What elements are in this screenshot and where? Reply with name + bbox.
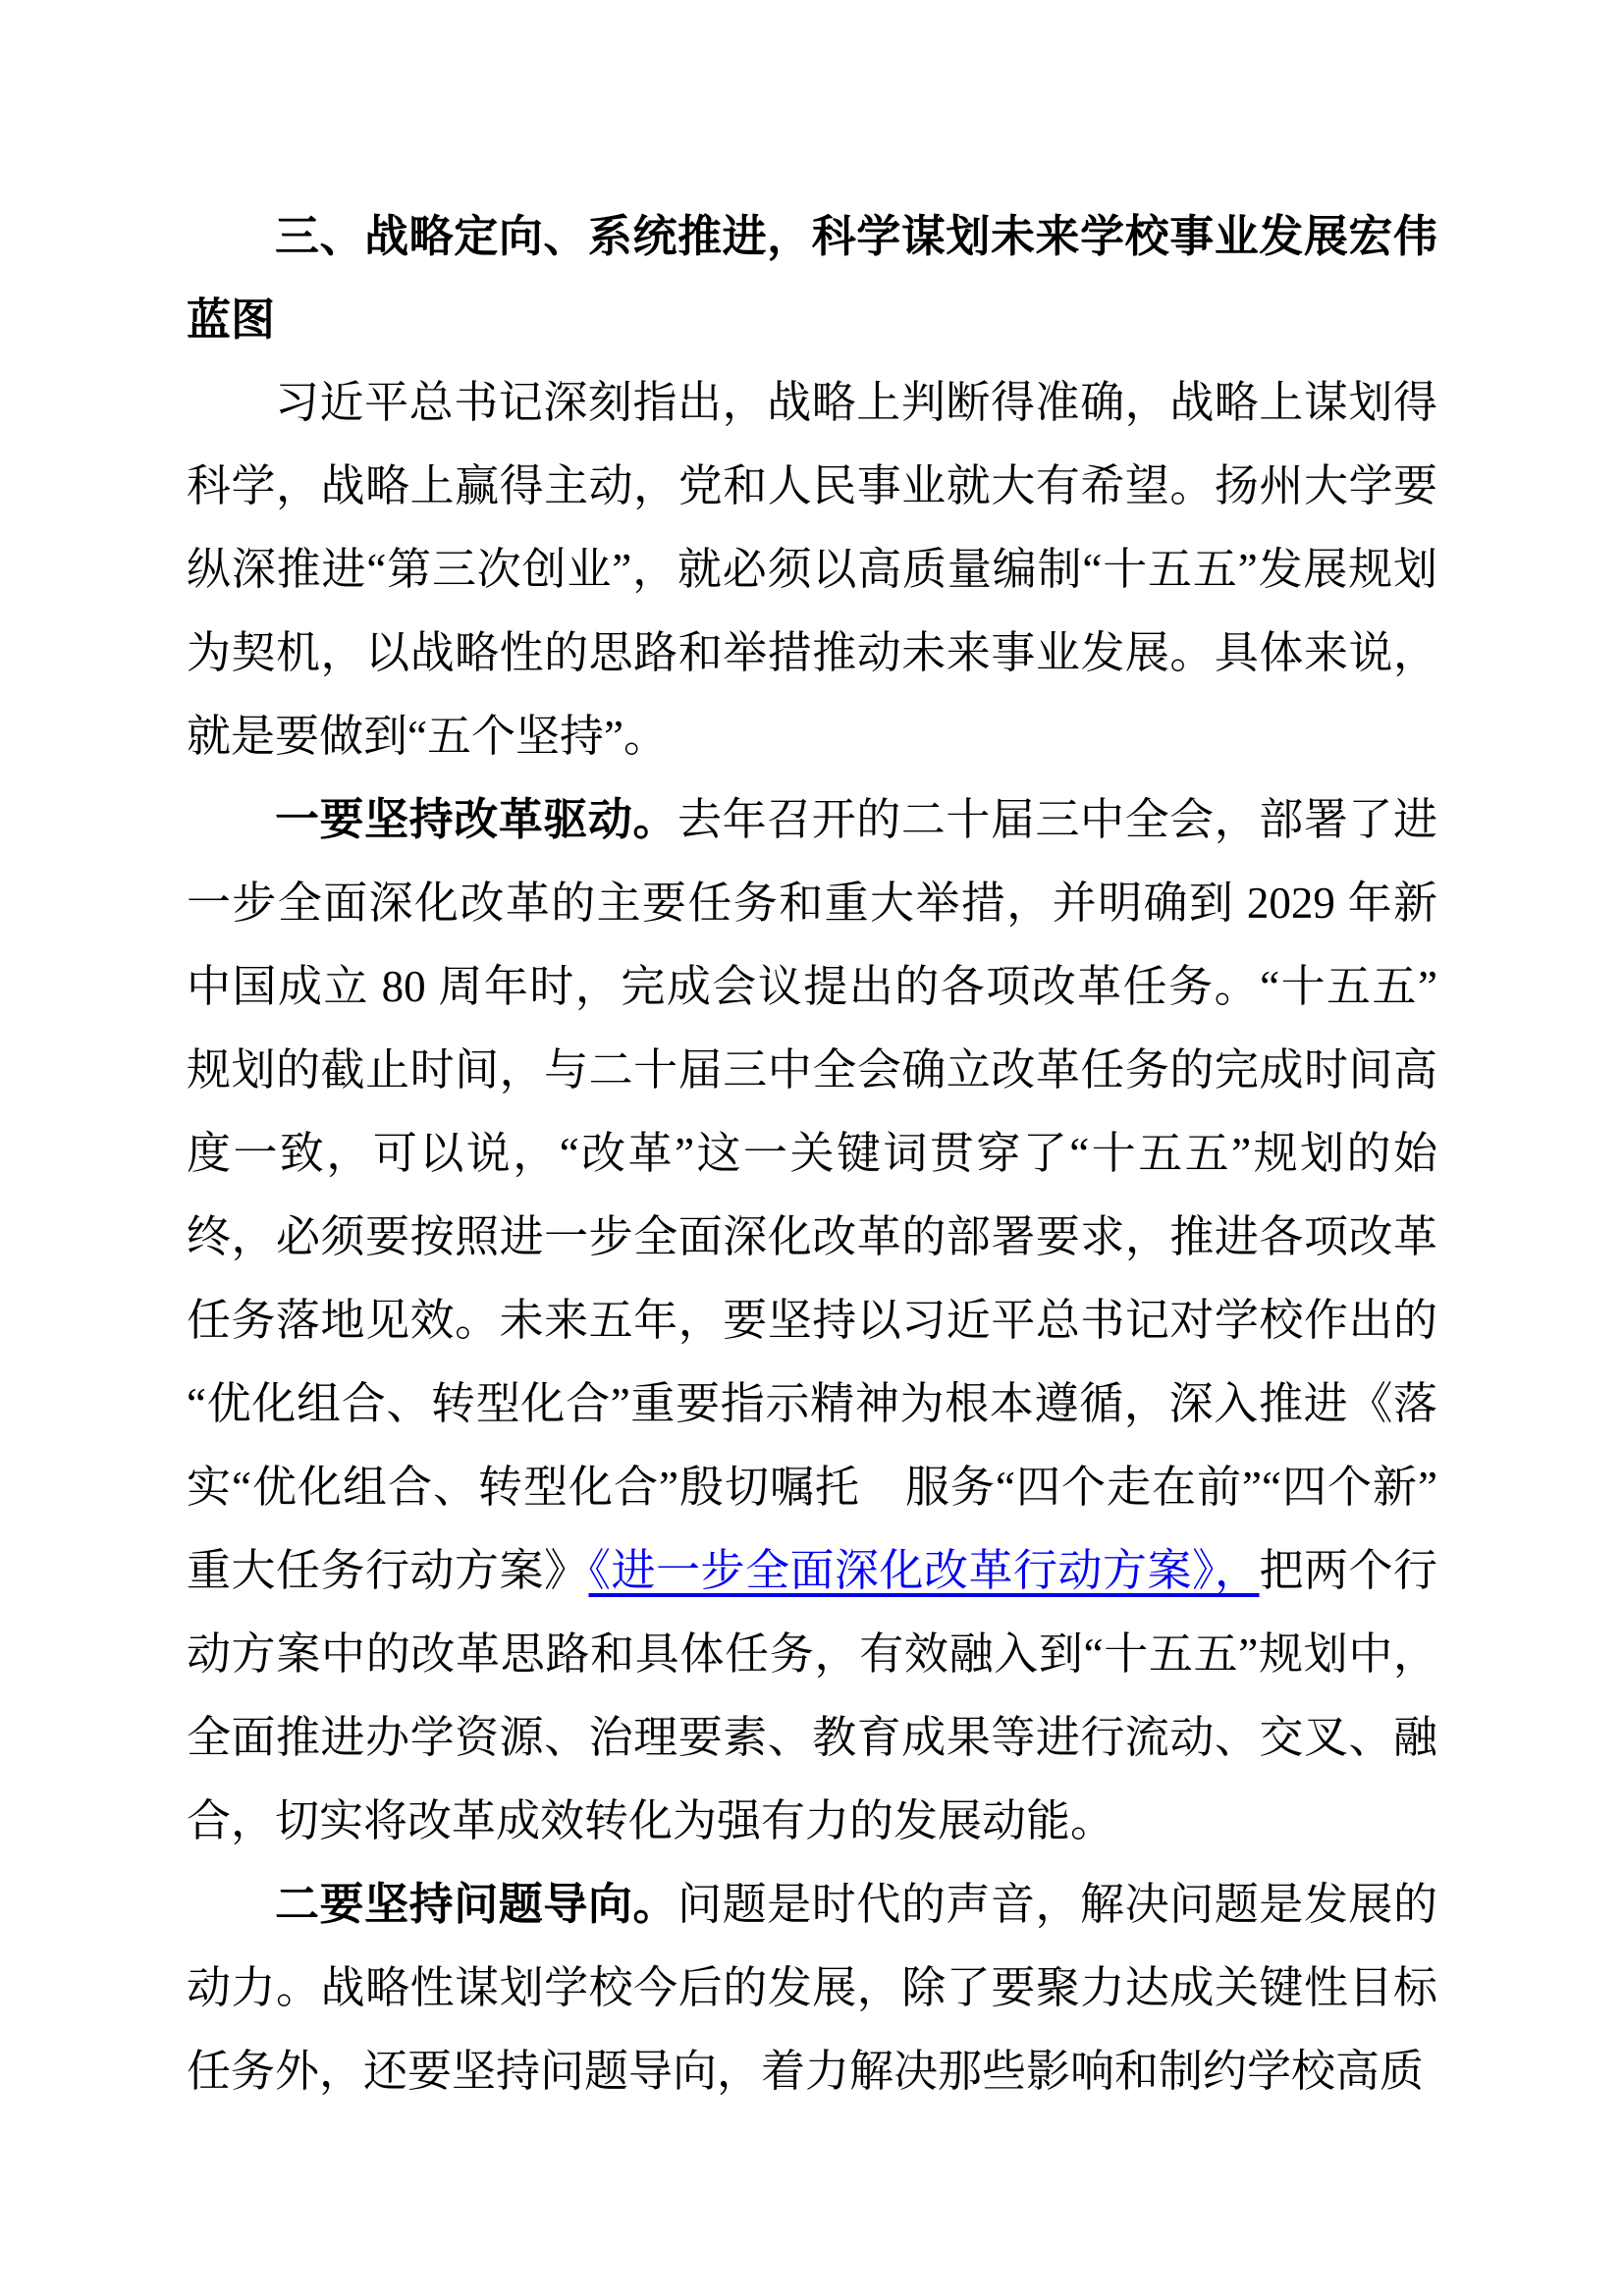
paragraph-strategy-intro-text: 习近平总书记深刻指出，战略上判断得准确，战略上谋划得科学，战略上赢得主动，党和人…	[187, 378, 1437, 761]
document-title: 三、战略定向、系统推进，科学谋划未来学校事业发展宏伟蓝图	[187, 194, 1437, 361]
paragraph-strategy-intro: 习近平总书记深刻指出，战略上判断得准确，战略上谋划得科学，战略上赢得主动，党和人…	[187, 361, 1437, 778]
paragraph-reform-drive-lead: 一要坚持改革驱动。	[275, 795, 677, 844]
paragraph-reform-drive-text: 去年召开的二十届三中全会，部署了进一步全面深化改革的主要任务和重大举措，并明确到…	[187, 795, 1437, 1595]
paragraph-problem-oriented: 二要坚持问题导向。问题是时代的声音，解决问题是发展的动力。战略性谋划学校今后的发…	[187, 1863, 1437, 2113]
paragraph-reform-drive: 一要坚持改革驱动。去年召开的二十届三中全会，部署了进一步全面深化改革的主要任务和…	[187, 778, 1437, 1863]
paragraph-problem-oriented-lead: 二要坚持问题导向。	[275, 1880, 677, 1929]
document-page: 三、战略定向、系统推进，科学谋划未来学校事业发展宏伟蓝图 习近平总书记深刻指出，…	[0, 0, 1624, 2296]
reform-action-plan-link[interactable]: 《进一步全面深化改革行动方案》，	[589, 1546, 1260, 1595]
